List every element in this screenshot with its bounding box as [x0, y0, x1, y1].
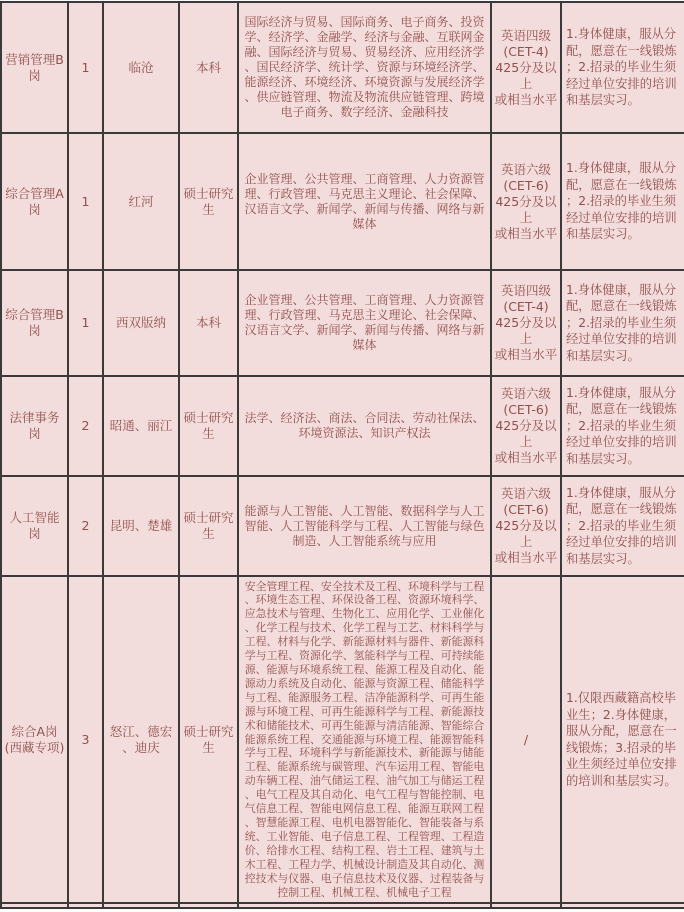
cell-other-requirements: 1.身体健康，服从分配，愿意在一线锻炼；2.招录的毕业生须经过单位安排的培训和基… [561, 376, 684, 476]
cell-other-requirements: 1.身体健康，服从分配，愿意在一线锻炼；2.招录的毕业生须经过单位安排的培训和基… [561, 476, 684, 576]
cell-majors: 安全管理工程、安全技术及工程、环境科学与工程、环境生态工程、环保设备工程、资源环… [238, 576, 491, 903]
cell-education: 本科 [179, 2, 238, 133]
cell-position: 法律事务 岗 [1, 376, 68, 476]
cell-other-requirements: 1.身体健康，服从分配，愿意在一线锻炼；2.招录的毕业生须经过单位安排的培训和基… [561, 270, 684, 376]
cell-position: 综合管理A 岗 [1, 133, 68, 270]
cell-position: 营销管理B 岗 [1, 2, 68, 133]
cell-majors: 能源与人工智能、人工智能、数据科学与人工智能、人工智能科学与工程、人工智能与绿色… [238, 476, 491, 576]
cell-english-requirement: 英语六级 (CET-6) 425分及以上 或相当水平 [491, 133, 561, 270]
cell-headcount: 1 [68, 2, 103, 133]
cell-majors: 企业管理、公共管理、工商管理、人力资源管理、行政管理、马克思主义理论、社会保障、… [238, 270, 491, 376]
cell-english-requirement: 英语四级 (CET-4) 425分及以上 或相当水平 [491, 2, 561, 133]
cell-location: 昆明、楚雄 [103, 476, 179, 576]
cell-empty [103, 903, 179, 908]
cell-majors: 法学、经济法、商法、合同法、劳动社保法、环境资源法、知识产权法 [238, 376, 491, 476]
cell-empty [561, 903, 684, 908]
cell-headcount: 1 [68, 133, 103, 270]
cell-headcount: 1 [68, 270, 103, 376]
cell-other-requirements: 1.身体健康，服从分配，愿意在一线锻炼；2.招录的毕业生须经过单位安排的培训和基… [561, 2, 684, 133]
cell-majors: 企业管理、公共管理、工商管理、人力资源管理、行政管理、马克思主义理论、社会保障、… [238, 133, 491, 270]
table-row-partial [1, 903, 684, 908]
cell-education: 硕士研究 生 [179, 376, 238, 476]
table-row: 法律事务 岗 2 昭通、丽江 硕士研究 生 法学、经济法、商法、合同法、劳动社保… [1, 376, 684, 476]
table-row: 人工智能 岗 2 昆明、楚雄 硕士研究 生 能源与人工智能、人工智能、数据科学与… [1, 476, 684, 576]
cell-headcount: 2 [68, 376, 103, 476]
cell-location: 红河 [103, 133, 179, 270]
cell-education: 本科 [179, 270, 238, 376]
table-row: 综合管理B 岗 1 西双版纳 本科 企业管理、公共管理、工商管理、人力资源管理、… [1, 270, 684, 376]
table-row: 综合管理A 岗 1 红河 硕士研究 生 企业管理、公共管理、工商管理、人力资源管… [1, 133, 684, 270]
table-row: 综合A岗 (西藏专项) 3 怒江、德宏 、迪庆 硕士研究 生 安全管理工程、安全… [1, 576, 684, 903]
cell-location: 昭通、丽江 [103, 376, 179, 476]
cell-english-requirement: / [491, 576, 561, 903]
cell-english-requirement: 英语六级 (CET-6) 425分及以上 或相当水平 [491, 476, 561, 576]
cell-position: 综合A岗 (西藏专项) [1, 576, 68, 903]
cell-headcount: 3 [68, 576, 103, 903]
cell-education: 硕士研究 生 [179, 476, 238, 576]
cell-position: 综合管理B 岗 [1, 270, 68, 376]
recruitment-table: 营销管理B 岗 1 临沧 本科 国际经济与贸易、国际商务、电子商务、投资学、经济… [0, 1, 684, 909]
cell-education: 硕士研究 生 [179, 576, 238, 903]
cell-empty [491, 903, 561, 908]
cell-education: 硕士研究 生 [179, 133, 238, 270]
cell-location: 怒江、德宏 、迪庆 [103, 576, 179, 903]
cell-empty [68, 903, 103, 908]
cell-empty [1, 903, 68, 908]
cell-english-requirement: 英语六级 (CET-6) 425分及以上 或相当水平 [491, 376, 561, 476]
cell-position: 人工智能 岗 [1, 476, 68, 576]
cell-other-requirements: 1.仅限西藏籍高校毕业生；2.身体健康，服从分配，愿意在一线锻炼；3.招录的毕业… [561, 576, 684, 903]
cell-other-requirements: 1.身体健康，服从分配，愿意在一线锻炼；2.招录的毕业生须经过单位安排的培训和基… [561, 133, 684, 270]
cell-location: 西双版纳 [103, 270, 179, 376]
cell-english-requirement: 英语四级 (CET-4) 425分及以上 或相当水平 [491, 270, 561, 376]
table-row: 营销管理B 岗 1 临沧 本科 国际经济与贸易、国际商务、电子商务、投资学、经济… [1, 2, 684, 133]
cell-empty [238, 903, 491, 908]
cell-majors: 国际经济与贸易、国际商务、电子商务、投资学、经济学、金融学、经济与金融、互联网金… [238, 2, 491, 133]
cell-empty [179, 903, 238, 908]
cell-headcount: 2 [68, 476, 103, 576]
cell-location: 临沧 [103, 2, 179, 133]
